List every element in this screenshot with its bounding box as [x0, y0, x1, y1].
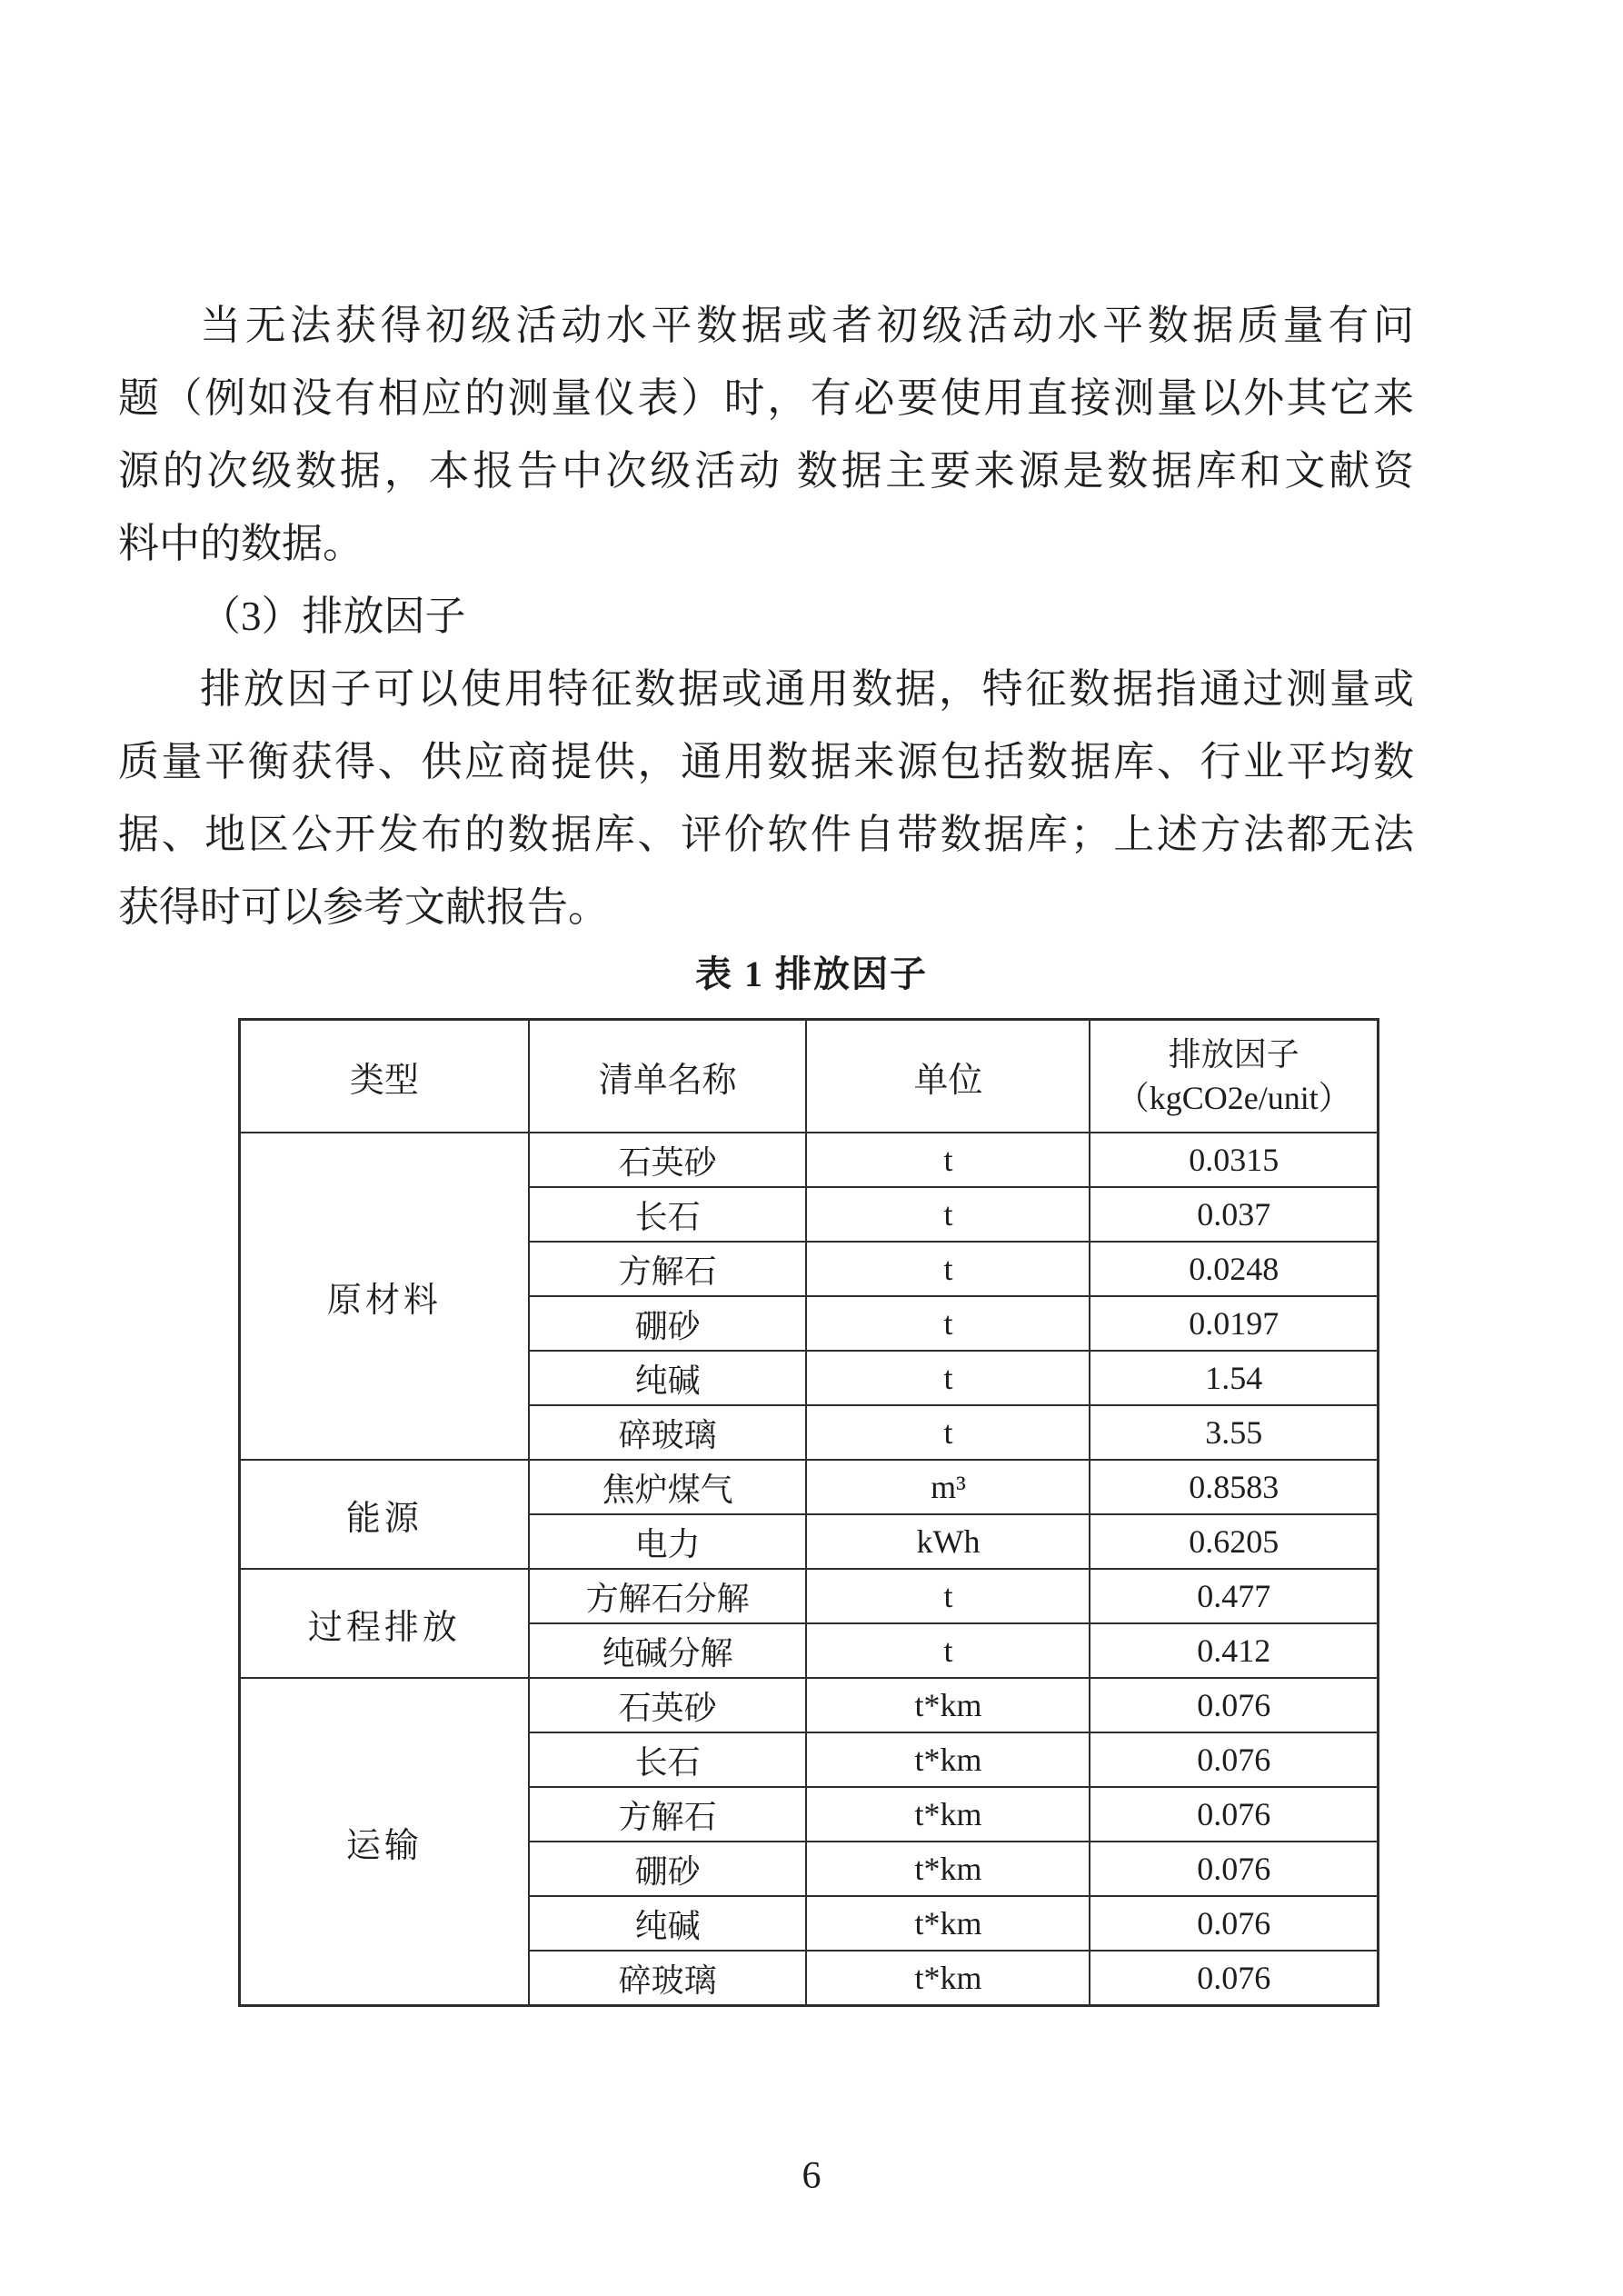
unit-cell: t: [806, 1187, 1090, 1242]
name-cell: 纯碱: [529, 1351, 807, 1405]
unit-cell: kWh: [806, 1514, 1090, 1569]
paragraph-line: 获得时可以参考文献报告。: [118, 871, 1414, 943]
name-cell: 纯碱分解: [529, 1623, 807, 1678]
factor-cell: 0.076: [1090, 1732, 1378, 1787]
name-cell: 硼砂: [529, 1842, 807, 1896]
factor-cell: 0.076: [1090, 1951, 1378, 2006]
emission-table-body: 原材料石英砂t0.0315长石t0.037方解石t0.0248硼砂t0.0197…: [240, 1133, 1379, 2006]
paragraph-line: 源的次级数据，本报告中次级活动 数据主要来源是数据库和文献资: [118, 434, 1414, 507]
table-header-cell: 类型: [240, 1020, 529, 1133]
name-cell: 石英砂: [529, 1133, 807, 1187]
page-number: 6: [0, 2154, 1623, 2198]
name-cell: 方解石分解: [529, 1569, 807, 1623]
table-row: 能源焦炉煤气m³0.8583: [240, 1460, 1379, 1514]
factor-cell: 0.6205: [1090, 1514, 1378, 1569]
emission-table: 类型 清单名称 单位 排放因子 （kgCO2e/unit） 原材料石英砂t0.0…: [238, 1018, 1379, 2007]
unit-cell: t: [806, 1133, 1090, 1187]
table-header-cell: 清单名称: [529, 1020, 807, 1133]
table-header-line: 排放因子: [1096, 1033, 1371, 1076]
name-cell: 长石: [529, 1732, 807, 1787]
name-cell: 碎玻璃: [529, 1951, 807, 2006]
name-cell: 方解石: [529, 1242, 807, 1296]
type-cell: 过程排放: [240, 1569, 529, 1678]
paragraph-line: 排放因子可以使用特征数据或通用数据，特征数据指通过测量或: [118, 653, 1414, 725]
table-row: 过程排放方解石分解t0.477: [240, 1569, 1379, 1623]
factor-cell: 0.076: [1090, 1896, 1378, 1951]
table-row: 运输石英砂t*km0.076: [240, 1678, 1379, 1732]
factor-cell: 3.55: [1090, 1405, 1378, 1460]
section-heading: （3）排放因子: [118, 580, 1414, 653]
unit-cell: t: [806, 1296, 1090, 1351]
unit-cell: t: [806, 1569, 1090, 1623]
factor-cell: 0.076: [1090, 1787, 1378, 1842]
unit-cell: t*km: [806, 1896, 1090, 1951]
name-cell: 纯碱: [529, 1896, 807, 1951]
factor-cell: 0.412: [1090, 1623, 1378, 1678]
factor-cell: 1.54: [1090, 1351, 1378, 1405]
unit-cell: t*km: [806, 1842, 1090, 1896]
unit-cell: t*km: [806, 1732, 1090, 1787]
document-page: 当无法获得初级活动水平数据或者初级活动水平数据质量有问 题（例如没有相应的测量仪…: [0, 0, 1623, 2296]
factor-cell: 0.0248: [1090, 1242, 1378, 1296]
table-header-cell: 单位: [806, 1020, 1090, 1133]
table-header-line: （kgCO2e/unit）: [1096, 1076, 1371, 1120]
unit-cell: t: [806, 1242, 1090, 1296]
type-cell: 能源: [240, 1460, 529, 1569]
factor-cell: 0.0315: [1090, 1133, 1378, 1187]
unit-cell: t*km: [806, 1951, 1090, 2006]
factor-cell: 0.0197: [1090, 1296, 1378, 1351]
table-header-row: 类型 清单名称 单位 排放因子 （kgCO2e/unit）: [240, 1020, 1379, 1133]
name-cell: 碎玻璃: [529, 1405, 807, 1460]
table-row: 原材料石英砂t0.0315: [240, 1133, 1379, 1187]
table-caption: 表 1 排放因子: [0, 945, 1623, 997]
factor-cell: 0.037: [1090, 1187, 1378, 1242]
type-cell: 原材料: [240, 1133, 529, 1460]
factor-cell: 0.8583: [1090, 1460, 1378, 1514]
paragraph-line: 当无法获得初级活动水平数据或者初级活动水平数据质量有问: [118, 289, 1414, 362]
body-text: 当无法获得初级活动水平数据或者初级活动水平数据质量有问 题（例如没有相应的测量仪…: [118, 289, 1414, 943]
factor-cell: 0.076: [1090, 1678, 1378, 1732]
name-cell: 硼砂: [529, 1296, 807, 1351]
type-cell: 运输: [240, 1678, 529, 2006]
unit-cell: t*km: [806, 1678, 1090, 1732]
paragraph-line: 质量平衡获得、供应商提供，通用数据来源包括数据库、行业平均数: [118, 725, 1414, 798]
unit-cell: t: [806, 1405, 1090, 1460]
name-cell: 方解石: [529, 1787, 807, 1842]
unit-cell: t: [806, 1351, 1090, 1405]
name-cell: 长石: [529, 1187, 807, 1242]
factor-cell: 0.477: [1090, 1569, 1378, 1623]
emission-table-container: 类型 清单名称 单位 排放因子 （kgCO2e/unit） 原材料石英砂t0.0…: [238, 1018, 1379, 2007]
name-cell: 石英砂: [529, 1678, 807, 1732]
name-cell: 电力: [529, 1514, 807, 1569]
paragraph-line: 据、地区公开发布的数据库、评价软件自带数据库；上述方法都无法: [118, 798, 1414, 871]
paragraph-line: 题（例如没有相应的测量仪表）时，有必要使用直接测量以外其它来: [118, 362, 1414, 434]
name-cell: 焦炉煤气: [529, 1460, 807, 1514]
unit-cell: t*km: [806, 1787, 1090, 1842]
unit-cell: t: [806, 1623, 1090, 1678]
unit-cell: m³: [806, 1460, 1090, 1514]
table-header-cell: 排放因子 （kgCO2e/unit）: [1090, 1020, 1378, 1133]
paragraph-line: 料中的数据。: [118, 507, 1414, 580]
factor-cell: 0.076: [1090, 1842, 1378, 1896]
